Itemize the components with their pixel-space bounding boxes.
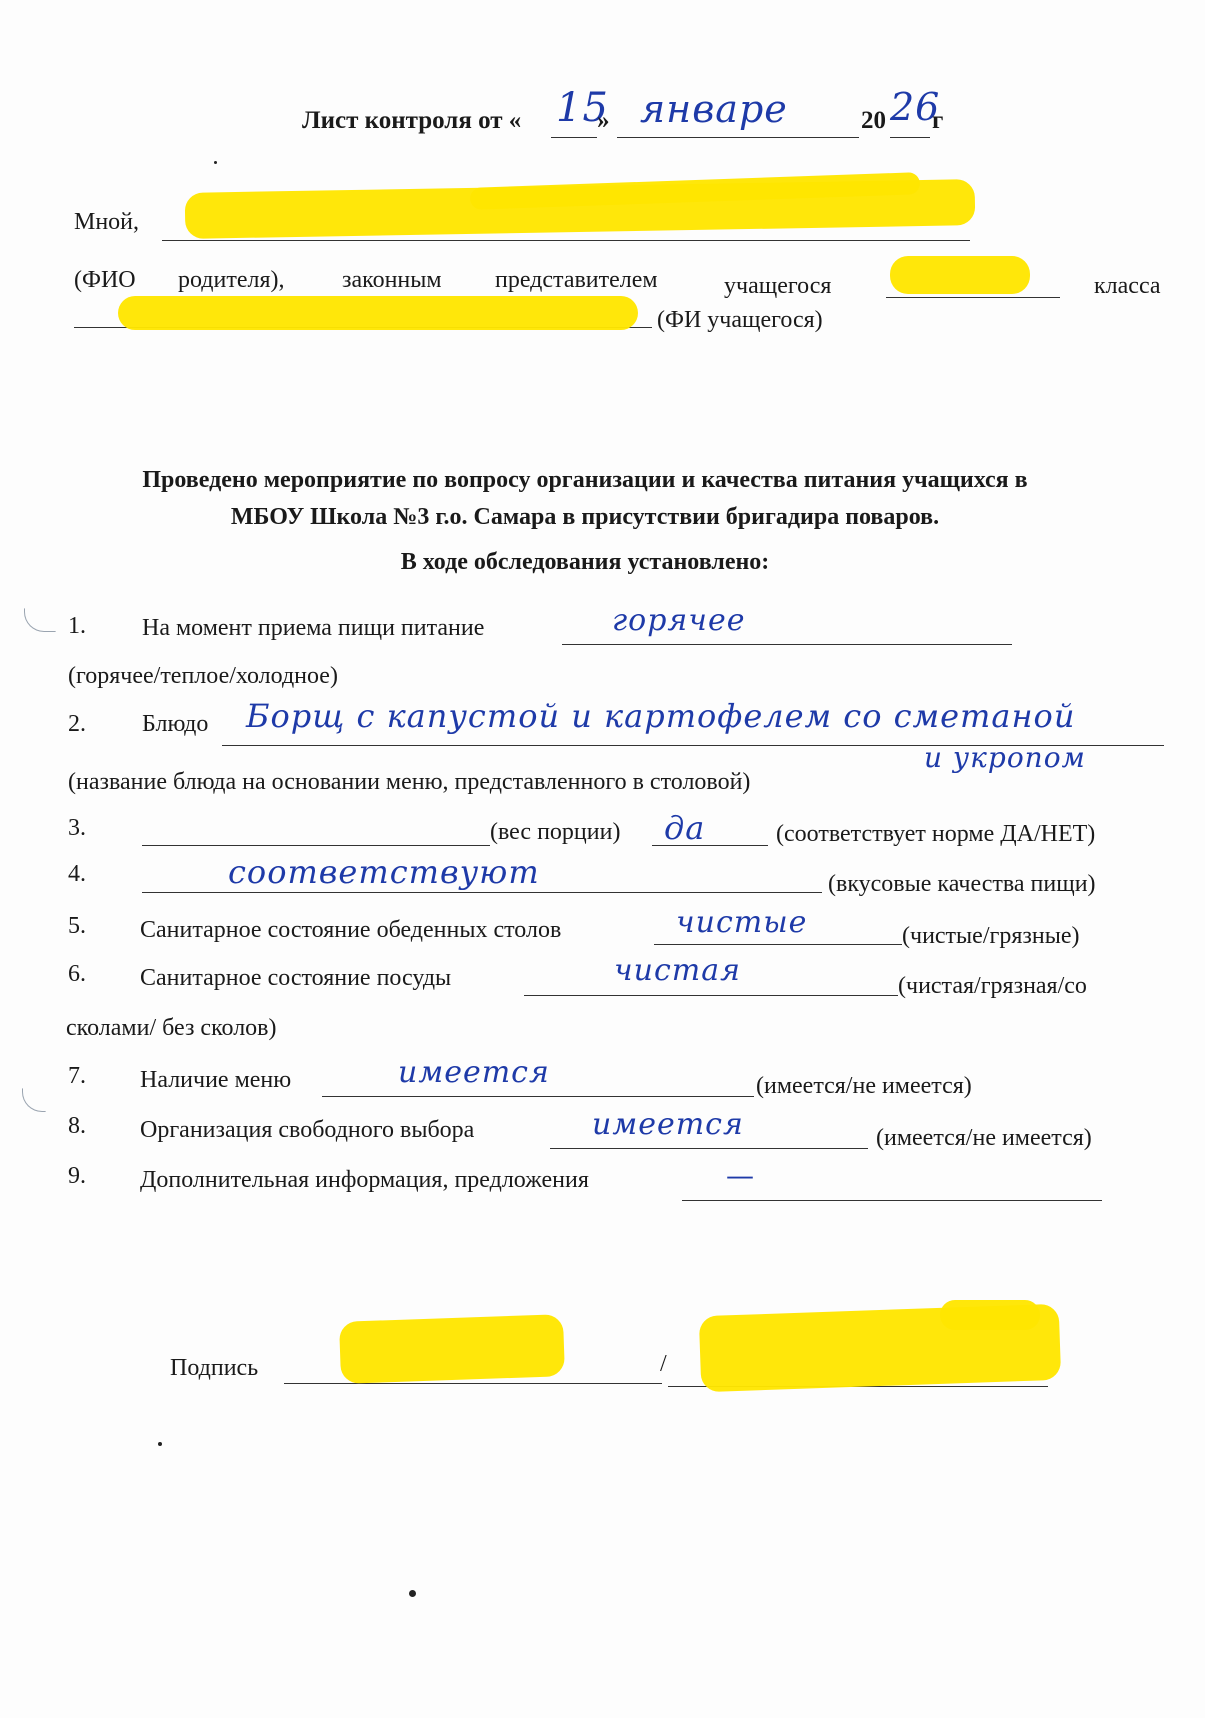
item-number: 2.: [68, 712, 86, 736]
item-hint: (имеется/не имеется): [756, 1074, 972, 1098]
signature-field[interactable]: [339, 1314, 565, 1384]
item-label: Дополнительная информация, предложения: [140, 1168, 589, 1192]
date-month-field[interactable]: январе: [640, 90, 788, 128]
item-number: 3.: [68, 816, 86, 840]
word-representative: представителем: [495, 268, 658, 292]
item-label: Блюдо: [142, 712, 208, 736]
heading-line-2: МБОУ Школа №3 г.о. Самара в присутствии …: [0, 505, 1170, 529]
scan-speck: [158, 1442, 162, 1446]
year-prefix: 20: [861, 108, 886, 133]
portion-norm-field[interactable]: да: [664, 812, 705, 844]
margin-mark: [22, 1088, 46, 1112]
scan-speck: [214, 161, 217, 164]
item-label: Санитарное состояние посуды: [140, 966, 451, 990]
taste-quality-field[interactable]: соответствуют: [228, 856, 540, 888]
food-temperature-field[interactable]: горячее: [612, 606, 745, 636]
item-number: 7.: [68, 1064, 86, 1088]
class-label: класса: [1094, 274, 1161, 298]
year-suffix: г: [932, 108, 943, 133]
additional-info-field[interactable]: —: [726, 1162, 755, 1190]
subheading: В ходе обследования установлено:: [0, 550, 1170, 574]
student-name-field[interactable]: [118, 296, 638, 330]
signature-separator: /: [660, 1352, 667, 1376]
item-hint: (чистая/грязная/со: [898, 974, 1087, 998]
title-prefix: Лист контроля от «: [302, 108, 521, 133]
scan-speck: [409, 1590, 416, 1597]
item-hint: (вес порции): [490, 820, 620, 844]
item-hint: (название блюда на основании меню, предс…: [68, 770, 750, 794]
student-caption: (ФИ учащегося): [657, 308, 823, 332]
dish-name-field-line-2[interactable]: и укропом: [924, 744, 1086, 772]
word-student: учащегося: [724, 274, 831, 298]
item-hint: (соответствует норме ДА/НЕТ): [776, 822, 1095, 846]
parent-caption-2: родителя),: [178, 268, 285, 292]
tables-condition-field[interactable]: чистые: [676, 908, 807, 938]
item-label: Наличие меню: [140, 1068, 291, 1092]
item-hint-line-2: сколами/ без сколов): [66, 1016, 277, 1040]
word-legal: законным: [342, 268, 442, 292]
class-field[interactable]: [890, 256, 1030, 294]
item-label: Санитарное состояние обеденных столов: [140, 918, 561, 942]
item-label: На момент приема пищи питание: [142, 616, 484, 640]
item-hint: (вкусовые качества пищи): [828, 872, 1096, 896]
item-hint: (имеется/не имеется): [876, 1126, 1092, 1150]
item-number: 1.: [68, 614, 86, 638]
item-label: Организация свободного выбора: [140, 1118, 474, 1142]
parent-caption: (ФИО: [74, 268, 136, 292]
item-hint: (горячее/теплое/холодное): [68, 664, 338, 688]
by-label: Мной,: [74, 210, 139, 234]
signature-label: Подпись: [170, 1356, 258, 1380]
title-mid: »: [597, 108, 610, 133]
item-hint: (чистые/грязные): [902, 924, 1079, 948]
margin-mark: [24, 608, 56, 632]
item-number: 8.: [68, 1114, 86, 1138]
item-number: 4.: [68, 862, 86, 886]
item-number: 9.: [68, 1164, 86, 1188]
dish-name-field[interactable]: Борщ с капустой и картофелем со сметаной: [246, 700, 1075, 732]
item-number: 5.: [68, 914, 86, 938]
menu-availability-field[interactable]: имеется: [398, 1058, 550, 1088]
item-number: 6.: [68, 962, 86, 986]
dishware-condition-field[interactable]: чистая: [614, 956, 741, 986]
free-choice-field[interactable]: имеется: [592, 1110, 744, 1140]
heading-line-1: Проведено мероприятие по вопросу организ…: [0, 468, 1170, 492]
